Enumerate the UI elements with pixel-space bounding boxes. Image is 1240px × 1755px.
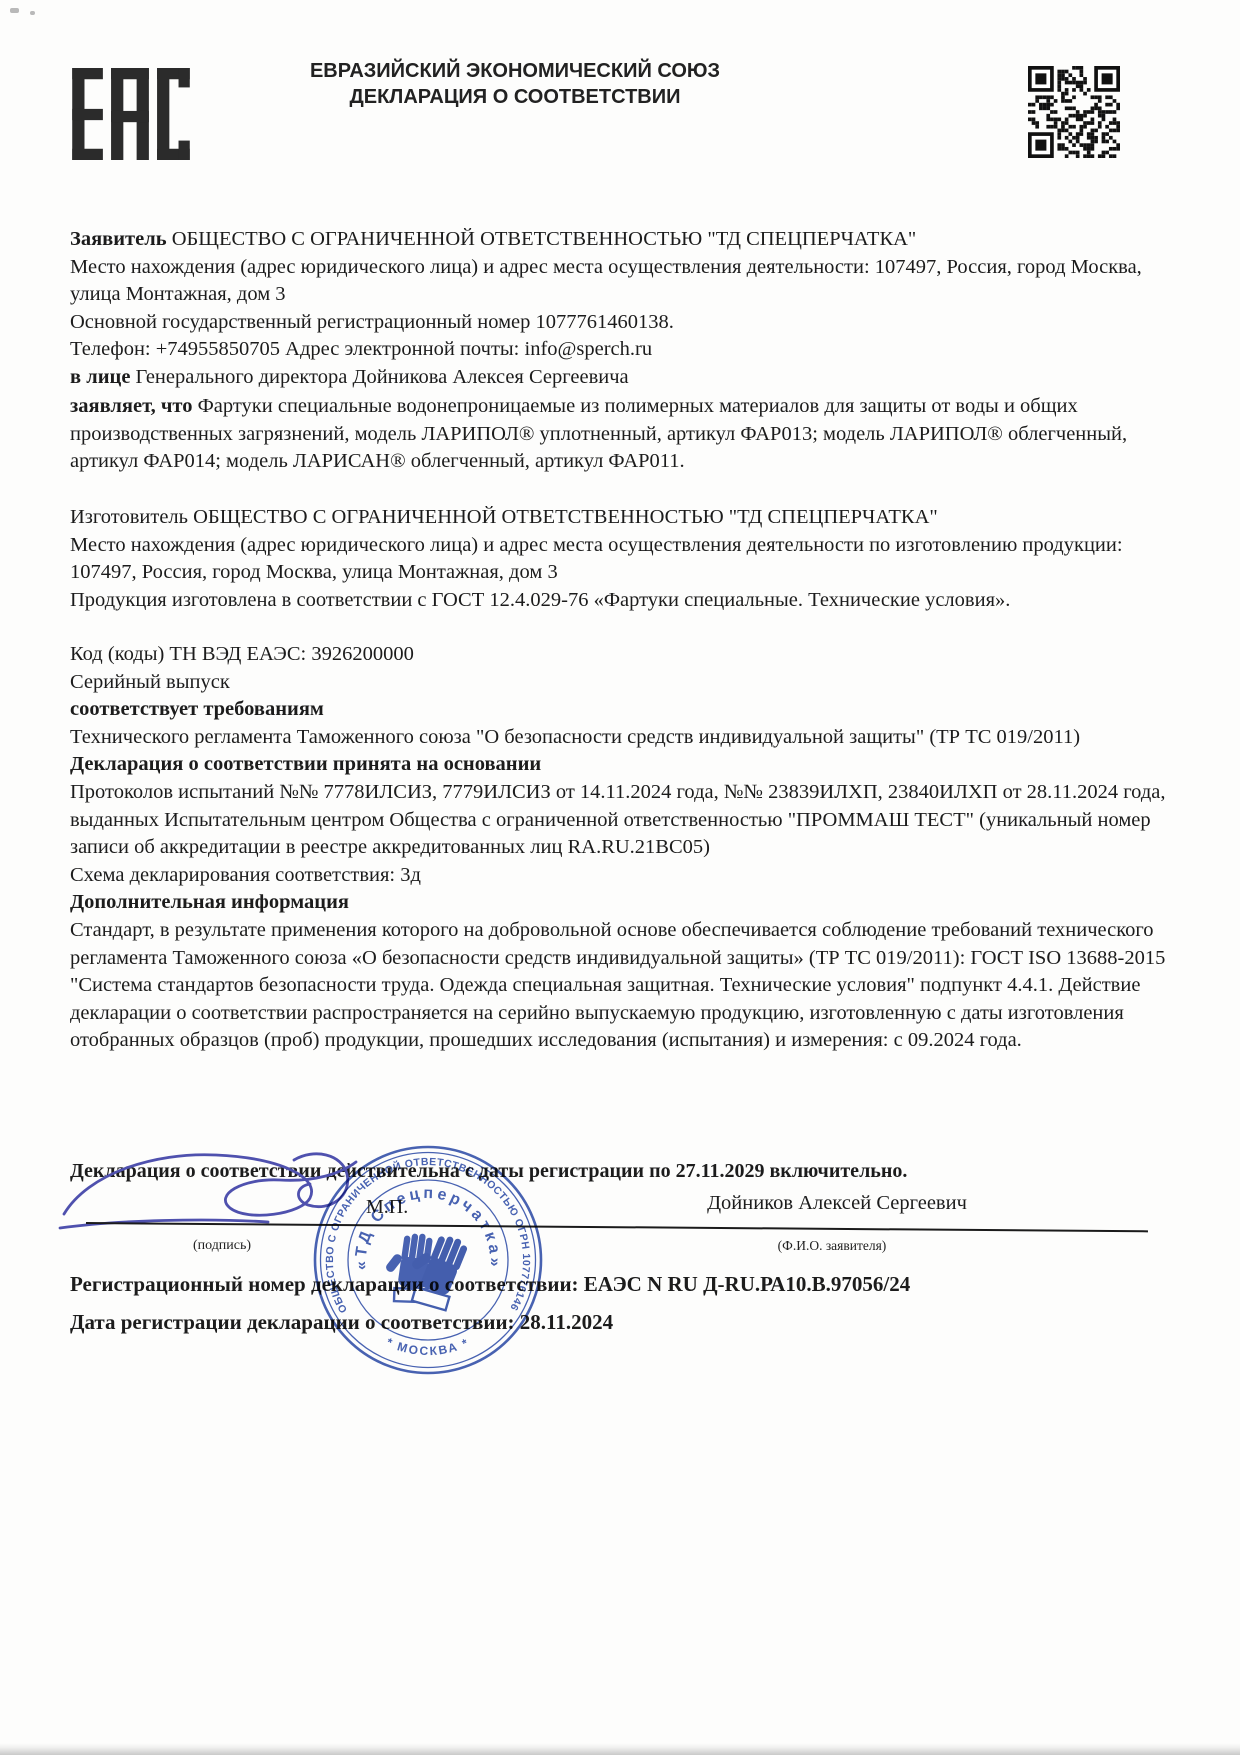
gloves-icon <box>380 1226 472 1314</box>
title-line-2: ДЕКЛАРАЦИЯ О СООТВЕТСТВИИ <box>230 84 800 110</box>
tnved-code: Код (коды) ТН ВЭД ЕАЭС: 3926200000 <box>70 641 1178 669</box>
manufacturer-gost: Продукция изготовлена в соответствии с Г… <box>70 587 1178 615</box>
basis-scheme: Схема декларирования соответствия: 3д <box>70 862 1178 890</box>
title-line-1: ЕВРАЗИЙСКИЙ ЭКОНОМИЧЕСКИЙ СОЮЗ <box>230 58 800 84</box>
qr-code <box>1028 66 1120 158</box>
applicant-in-person: в лице Генерального директора Дойникова … <box>70 364 1178 392</box>
applicant-contacts: Телефон: +74955850705 Адрес электронной … <box>70 336 1178 364</box>
compliance-body: Технического регламента Таможенного союз… <box>70 724 1178 752</box>
details-section: Код (коды) ТН ВЭД ЕАЭС: 3926200000 Серий… <box>70 641 1178 1055</box>
applicant-address: Место нахождения (адрес юридического лиц… <box>70 254 1178 309</box>
applicant-ogrn: Основной государственный регистрационный… <box>70 309 1178 337</box>
applicant-label: Заявитель <box>70 228 167 250</box>
manufacturer-section: Изготовитель ОБЩЕСТВО С ОГРАНИЧЕННОЙ ОТВ… <box>70 504 1178 614</box>
additional-heading: Дополнительная информация <box>70 889 1178 917</box>
basis-protocols: Протоколов испытаний №№ 7778ИЛСИЗ, 7779И… <box>70 779 1178 862</box>
declares-section: заявляет, что Фартуки специальные водоне… <box>70 393 1178 476</box>
declaration-document: ЕВРАЗИЙСКИЙ ЭКОНОМИЧЕСКИЙ СОЮЗ ДЕКЛАРАЦИ… <box>0 0 1240 1755</box>
fio-caption: (Ф.И.О. заявителя) <box>732 1238 932 1254</box>
additional-body: Стандарт, в результате применения которо… <box>70 917 1178 1055</box>
svg-text:* МОСКВА *: * МОСКВА * <box>384 1335 472 1358</box>
declares-paragraph: заявляет, что Фартуки специальные водоне… <box>70 393 1178 476</box>
applicant-fio: Дойников Алексей Сергеевич <box>682 1192 992 1215</box>
eac-logo-icon <box>72 68 190 160</box>
registration-number-line: Регистрационный номер декларации о соотв… <box>70 1272 1178 1297</box>
applicant-section: Заявитель ОБЩЕСТВО С ОГРАНИЧЕННОЙ ОТВЕТС… <box>70 226 1178 392</box>
manufacturer-address: Место нахождения (адрес юридического лиц… <box>70 532 1178 587</box>
signature-caption: (подпись) <box>142 1238 302 1254</box>
manufacturer-name: Изготовитель ОБЩЕСТВО С ОГРАНИЧЕННОЙ ОТВ… <box>70 504 1178 532</box>
registration-date-line: Дата регистрации декларации о соответств… <box>70 1310 1178 1335</box>
scan-speck <box>30 11 35 15</box>
document-title: ЕВРАЗИЙСКИЙ ЭКОНОМИЧЕСКИЙ СОЮЗ ДЕКЛАРАЦИ… <box>230 58 800 110</box>
compliance-heading: соответствует требованиям <box>70 696 1178 724</box>
serial-issue: Серийный выпуск <box>70 669 1178 697</box>
applicant-line: Заявитель ОБЩЕСТВО С ОГРАНИЧЕННОЙ ОТВЕТС… <box>70 226 1178 254</box>
scan-edge-shadow <box>0 1743 1240 1755</box>
basis-heading: Декларация о соответствии принята на осн… <box>70 751 1178 779</box>
stamp-bottom-text: * МОСКВА * <box>384 1335 472 1358</box>
scan-speck <box>10 8 19 13</box>
company-round-stamp: ОБЩЕСТВО С ОГРАНИЧЕННОЙ ОТВЕТСТВЕННОСТЬЮ… <box>312 1144 544 1376</box>
